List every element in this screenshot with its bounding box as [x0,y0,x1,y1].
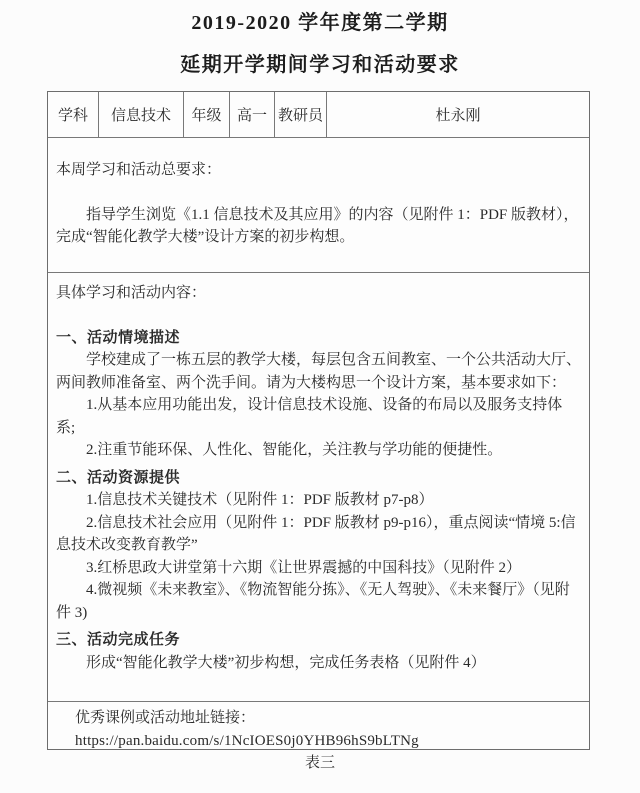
section-2-paragraph: 1.信息技术关键技术（见附件 1：PDF 版教材 p7-p8） [56,489,581,512]
subject-label-cell: 学科 [48,92,98,137]
weekly-requirements-heading: 本周学习和活动总要求： [56,159,581,182]
document-page: 2019-2020 学年度第二学期 延期开学期间学习和活动要求 学科 信息技术 … [0,0,640,775]
section-2-paragraph: 2.信息技术社会应用（见附件 1：PDF 版教材 p9-p16），重点阅读“情境… [56,512,581,557]
weekly-requirements-row: 本周学习和活动总要求： 指导学生浏览《1.1 信息技术及其应用》的内容（见附件 … [48,137,589,272]
page-title-line2: 延期开学期间学习和活动要求 [0,35,640,77]
section-1-paragraph: 1.从基本应用功能出发，设计信息技术设施、设备的布局以及服务支持体系; [56,394,581,439]
researcher-label-cell: 教研员 [274,92,326,137]
section-3-title: 三、活动完成任务 [56,629,581,652]
info-row: 学科 信息技术 年级 高一 教研员 杜永刚 [48,92,589,137]
weekly-requirements-cell: 本周学习和活动总要求： 指导学生浏览《1.1 信息技术及其应用》的内容（见附件 … [48,138,589,272]
specific-content-cell: 具体学习和活动内容： 一、活动情境描述 学校建成了一栋五层的教学大楼，每层包含五… [48,273,589,701]
links-cell: 优秀课例或活动地址链接： https://pan.baidu.com/s/1Nc… [48,702,589,749]
researcher-value-cell: 杜永刚 [326,92,589,137]
specific-content-heading: 具体学习和活动内容： [56,282,581,305]
section-1-paragraph: 学校建成了一栋五层的教学大楼，每层包含五间教室、一个公共活动大厅、两间教师准备室… [56,349,581,394]
links-label: 优秀课例或活动地址链接： [75,707,581,730]
links-url: https://pan.baidu.com/s/1NcIOES0j0YHB96h… [75,730,581,753]
weekly-requirements-paragraph: 指导学生浏览《1.1 信息技术及其应用》的内容（见附件 1：PDF 版教材），完… [56,204,581,249]
section-2-paragraph: 4.微视频《未来教室》、《物流智能分拣》、《无人驾驶》、《未来餐厅》（见附件 3… [56,579,581,624]
section-1-paragraph: 2.注重节能环保、人性化、智能化，关注教与学功能的便捷性。 [56,439,581,462]
table-caption: 表三 [0,752,640,775]
grade-label-cell: 年级 [183,92,229,137]
section-1-title: 一、活动情境描述 [56,327,581,350]
section-3-paragraph: 形成“智能化教学大楼”初步构想，完成任务表格（见附件 4） [56,652,581,675]
subject-value-cell: 信息技术 [98,92,183,137]
page-title-line1: 2019-2020 学年度第二学期 [0,0,640,35]
grade-value-cell: 高一 [229,92,274,137]
links-row: 优秀课例或活动地址链接： https://pan.baidu.com/s/1Nc… [48,701,589,749]
specific-content-row: 具体学习和活动内容： 一、活动情境描述 学校建成了一栋五层的教学大楼，每层包含五… [48,272,589,701]
main-table: 学科 信息技术 年级 高一 教研员 杜永刚 本周学习和活动总要求： 指导学生浏览… [47,91,590,750]
section-2-title: 二、活动资源提供 [56,467,581,490]
section-2-paragraph: 3.红桥思政大讲堂第十六期《让世界震撼的中国科技》（见附件 2） [56,557,581,580]
